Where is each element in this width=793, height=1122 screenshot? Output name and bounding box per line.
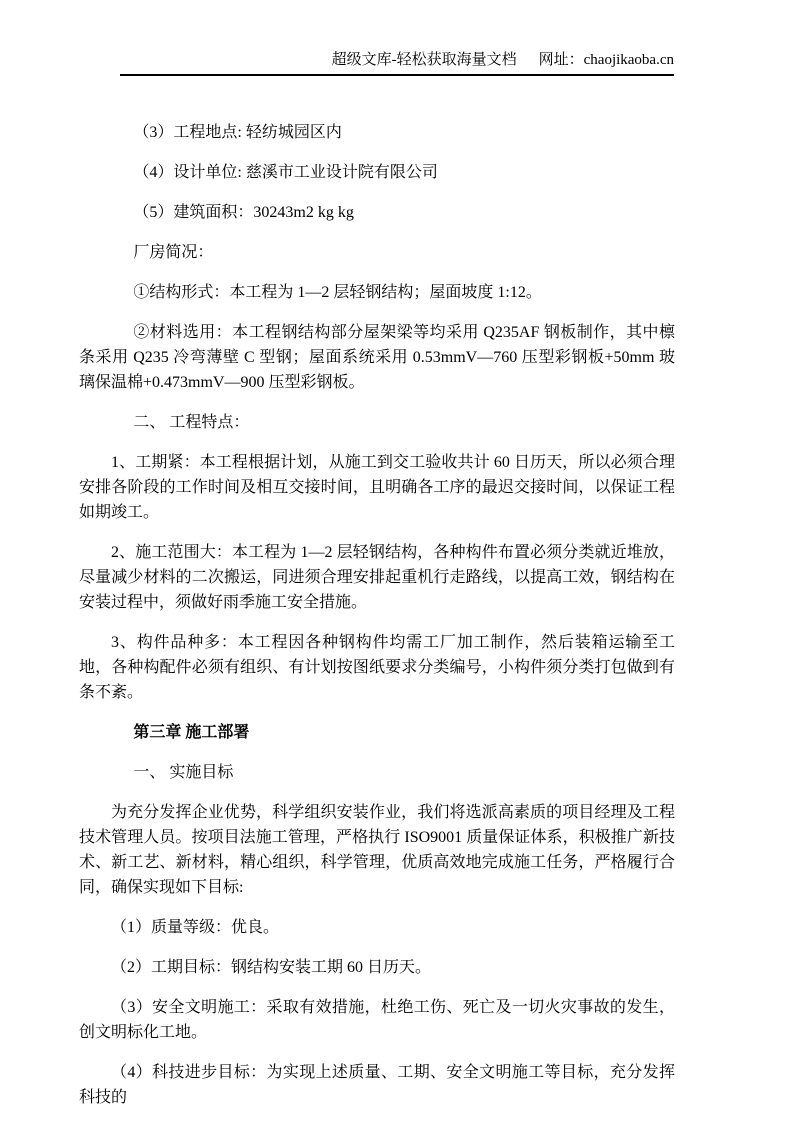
section-heading-implementation-goals: 一、 实施目标	[79, 760, 675, 785]
document-page: 超级文库-轻松获取海量文档网址：chaojikaoba.cn （3）工程地点: …	[0, 0, 793, 1122]
para-implementation-intro: 为充分发挥企业优势，科学组织安装作业，我们将选派高素质的项目经理及工程技术管理人…	[79, 800, 675, 900]
para-goal-technology: （4）科技进步目标：为实现上述质量、工期、安全文明施工等目标，充分发挥科技的	[79, 1060, 675, 1110]
para-structure-type: ①结构形式：本工程为 1—2 层轻钢结构；屋面坡度 1:12。	[79, 280, 675, 305]
para-feature-tight-schedule: 1、工期紧：本工程根据计划，从施工到交工验收共计 60 日历天，所以必须合理安排…	[79, 450, 675, 525]
para-goal-quality: （1）质量等级：优良。	[79, 915, 675, 940]
page-header: 超级文库-轻松获取海量文档网址：chaojikaoba.cn	[120, 0, 674, 76]
site-url: 网址：chaojikaoba.cn	[539, 52, 674, 68]
para-building-area: （5）建筑面积：30243m2 kg kg	[79, 200, 675, 225]
para-material-selection: ②材料选用：本工程钢结构部分屋架梁等均采用 Q235AF 钢板制作，其中檩条采用…	[79, 320, 675, 395]
para-project-location: （3）工程地点: 轻纺城园区内	[79, 120, 675, 145]
document-body: （3）工程地点: 轻纺城园区内 （4）设计单位: 慈溪市工业设计院有限公司 （5…	[79, 76, 675, 1122]
url-value: chaojikaoba.cn	[584, 52, 674, 68]
para-factory-overview-label: 厂房简况：	[79, 240, 675, 265]
para-feature-many-components: 3、构件品种多：本工程因各种钢构件均需工厂加工制作，然后装箱运输至工地，各种构配…	[79, 630, 675, 705]
para-design-unit: （4）设计单位: 慈溪市工业设计院有限公司	[79, 160, 675, 185]
chapter-heading-construction-deployment: 第三章 施工部署	[79, 720, 675, 745]
para-goal-schedule: （2）工期目标：钢结构安装工期 60 日历天。	[79, 955, 675, 980]
url-label: 网址：	[539, 52, 584, 68]
site-name: 超级文库-轻松获取海量文档	[332, 52, 517, 68]
para-feature-large-scope: 2、施工范围大：本工程为 1—2 层轻钢结构，各种构件布置必须分类就近堆放，尽量…	[79, 540, 675, 615]
section-heading-project-features: 二、 工程特点：	[79, 410, 675, 435]
para-goal-safety: （3）安全文明施工：采取有效措施，杜绝工伤、死亡及一切火灾事故的发生，创文明标化…	[79, 995, 675, 1045]
